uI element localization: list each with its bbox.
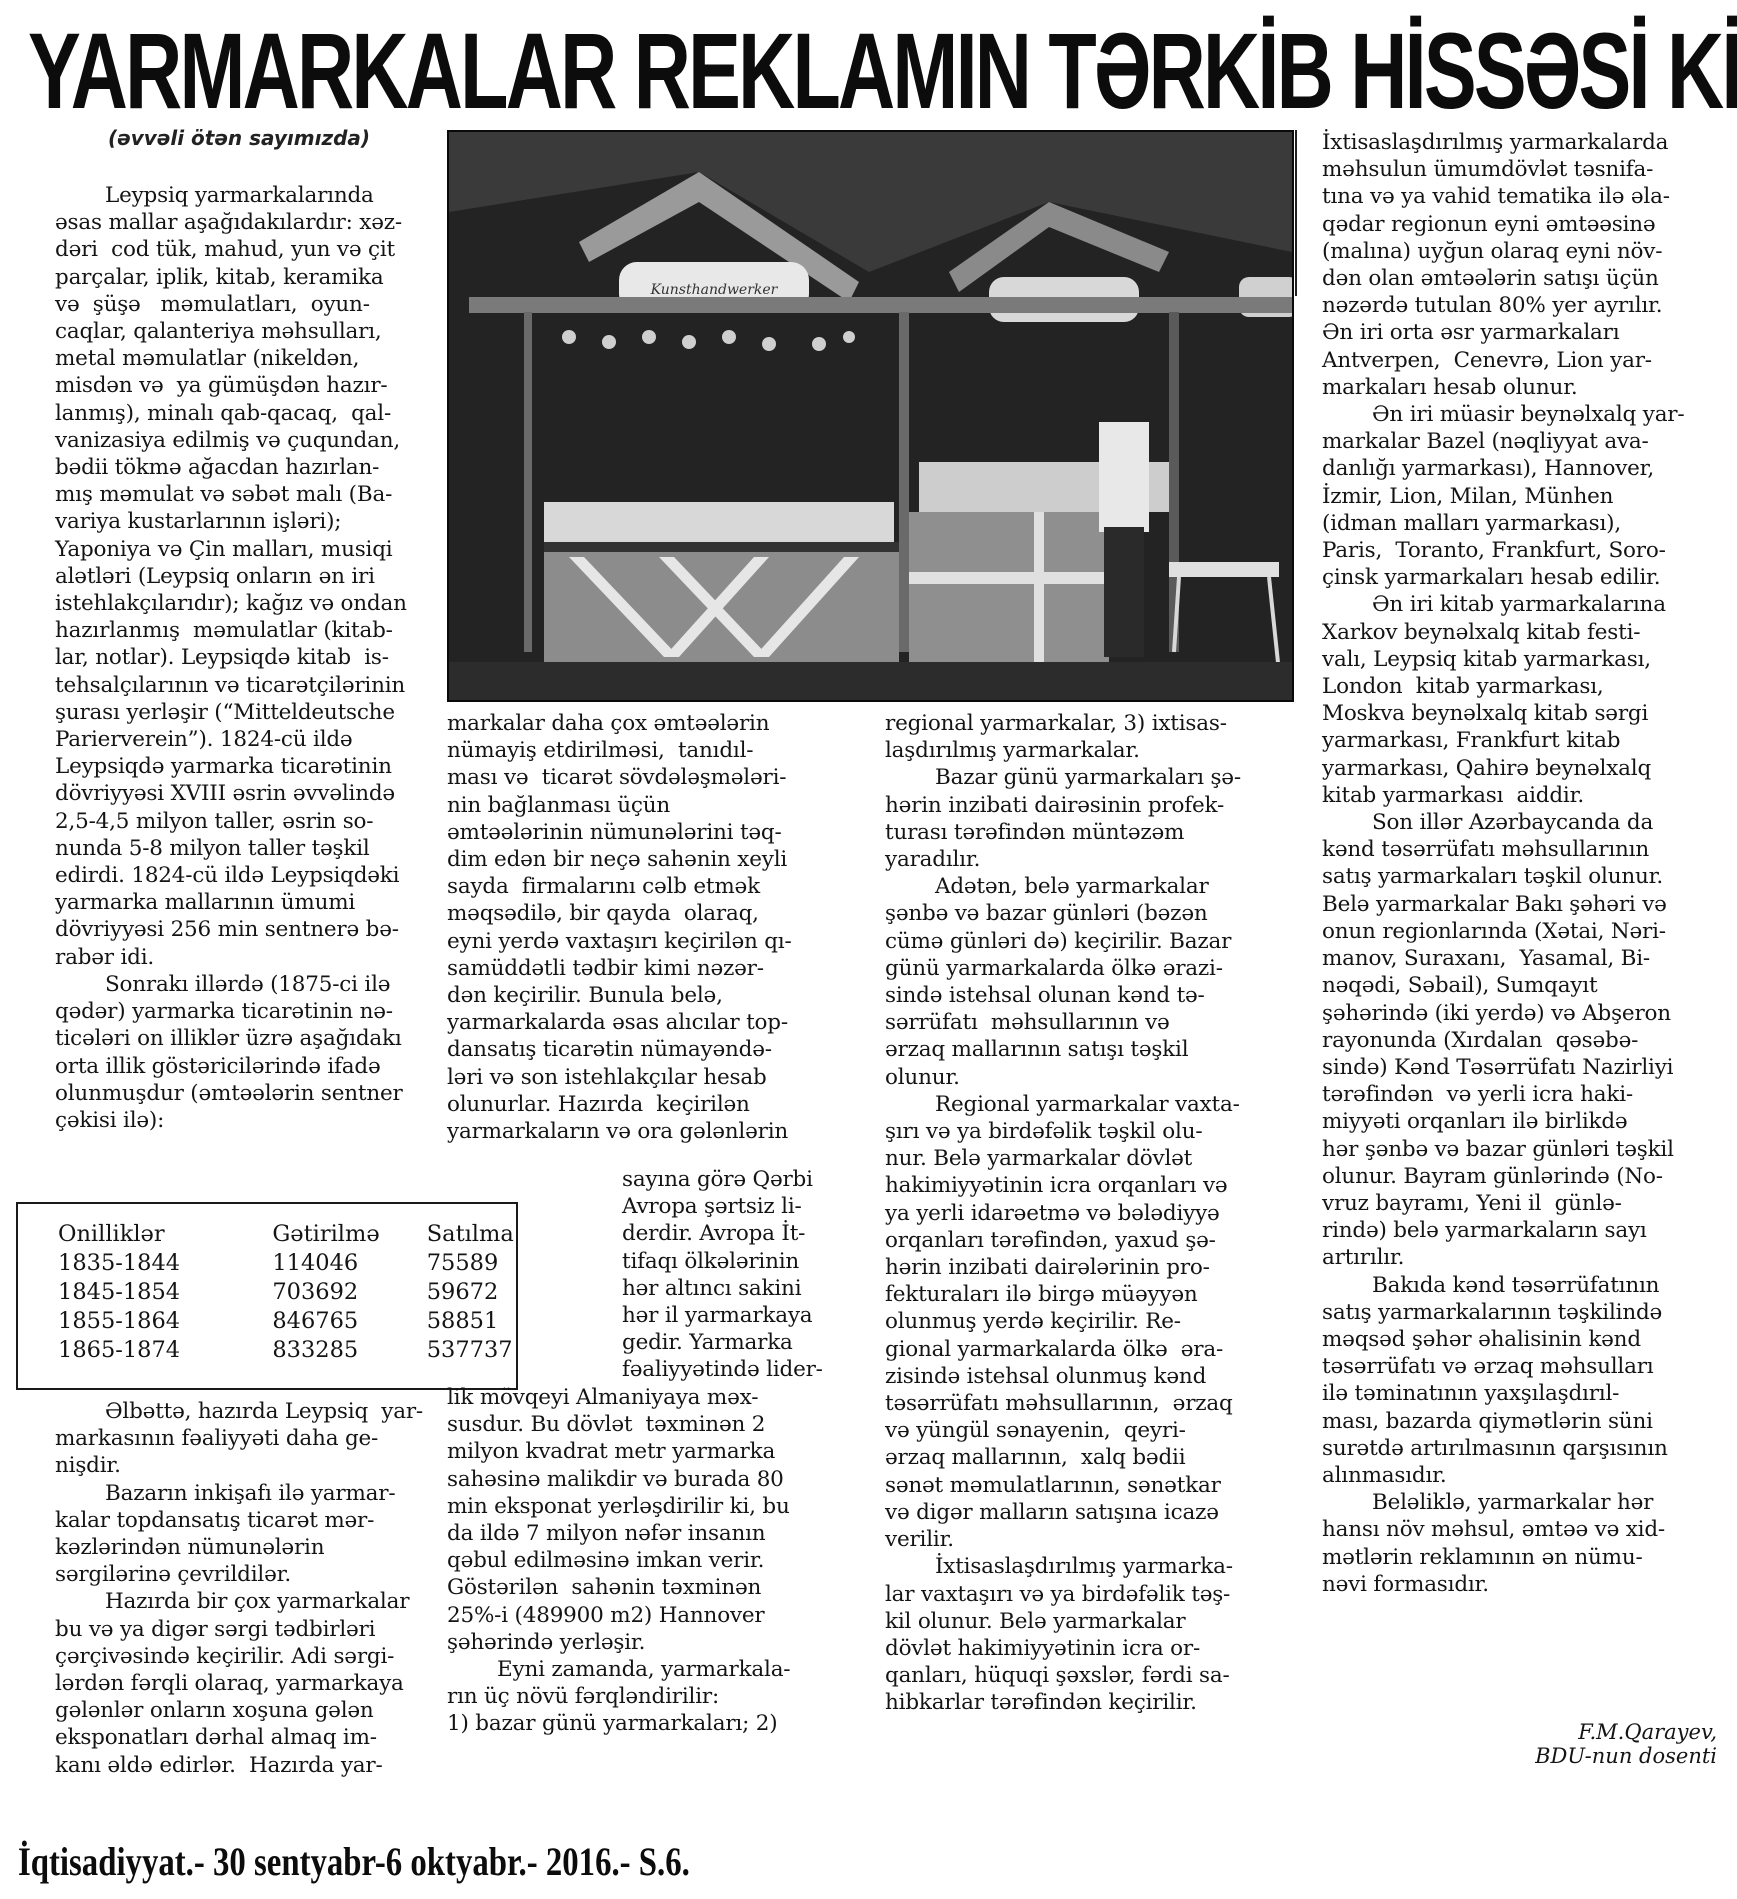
text-line: hər şənbə və bazar günləri təşkil bbox=[1322, 1137, 1674, 1162]
text-line: Regional yarmarkalar vaxta- bbox=[935, 1092, 1240, 1117]
text-line: yarmarkaların və ora gələnlərin bbox=[447, 1119, 788, 1144]
text-line: və şüşə məmulatları, oyun- bbox=[55, 292, 370, 317]
svg-text:Kunsthandwerker: Kunsthandwerker bbox=[650, 282, 779, 298]
paragraph: İxtisaslaşdırılmış yarmarka-lar vaxtaşır… bbox=[885, 1553, 1295, 1716]
text-line: şurası yerləşir (“Mitteldeutsche bbox=[55, 700, 395, 725]
text-line: miyyəti orqanları ilə birlikdə bbox=[1322, 1109, 1627, 1134]
text-line: Hazırda bir çox yarmarkalar bbox=[105, 1589, 409, 1614]
paragraph: Sonrakı illərdə (1875-ci iləqədər) yarma… bbox=[55, 971, 445, 1134]
text-line: Bakıda kənd təsərrüfatının bbox=[1372, 1273, 1659, 1298]
column-3: regional yarmarkalar, 3) ixtisas-laşdırı… bbox=[885, 710, 1295, 1717]
text-line: Eyni zamanda, yarmarkala- bbox=[497, 1657, 790, 1682]
text-line: Yaponiya və Çin malları, musiqi bbox=[55, 537, 392, 562]
text-line: nəvi formasıdır. bbox=[1322, 1572, 1489, 1597]
paragraph: Bazarın inkişafı ilə yarmar-kalar topdan… bbox=[55, 1480, 445, 1589]
paragraph: Eyni zamanda, yarmarkala-rın üç növü fər… bbox=[447, 1656, 867, 1738]
text-line: hərin inzibati dairələrinin pro- bbox=[885, 1255, 1210, 1280]
paragraph: Əlbəttə, hazırda Leypsiq yar-markasının … bbox=[55, 1398, 445, 1480]
text-line: İzmir, Lion, Milan, Münhen bbox=[1322, 484, 1613, 509]
text-line: markalar Bazel (nəqliyyat ava- bbox=[1322, 429, 1649, 454]
text-line: dövriyyəsi 256 min sentnerə bə- bbox=[55, 917, 399, 942]
paragraph: Hazırda bir çox yarmarkalarbu və ya digə… bbox=[55, 1588, 445, 1778]
text-line: tına və ya vahid tematika ilə əla- bbox=[1322, 184, 1670, 209]
text-line: yarmarka mallarının ümumi bbox=[55, 890, 355, 915]
text-line: sində istehsal olunan kənd tə- bbox=[885, 983, 1205, 1008]
text-line: fəaliyyətində lider- bbox=[622, 1357, 823, 1382]
paragraph: sayına görə QərbiAvropa şərtsiz li-derdi… bbox=[622, 1166, 872, 1384]
column-header: Satılma bbox=[427, 1220, 516, 1249]
text-line: nin bağlanması üçün bbox=[447, 793, 670, 818]
text-line: nişdir. bbox=[55, 1453, 121, 1478]
text-line: olunur. bbox=[885, 1065, 960, 1090]
text-line: alınmasıdır. bbox=[1322, 1463, 1447, 1488]
text-line: əsas mallar aşağıdakılardır: xəz- bbox=[55, 210, 402, 235]
text-line: bədii tökmə ağacdan hazırlan- bbox=[55, 455, 379, 480]
text-line: (idman malları yarmarkası), bbox=[1322, 511, 1621, 536]
text-line: hibkarlar tərəfindən keçirilir. bbox=[885, 1690, 1197, 1715]
text-line: dəri cod tük, mahud, yun və çit bbox=[55, 237, 395, 262]
text-line: Bazarın inkişafı ilə yarmar- bbox=[105, 1481, 395, 1506]
text-line: samüddətli tədbir kimi nəzər- bbox=[447, 956, 764, 981]
column-rule bbox=[1295, 130, 1297, 296]
text-line: Beləliklə, yarmarkalar hər bbox=[1372, 1490, 1653, 1515]
text-line: danlığı yarmarkası), Hannover, bbox=[1322, 456, 1654, 481]
text-line: Ən iri müasir beynəlxalq yar- bbox=[1372, 402, 1684, 427]
text-line: valı, Leypsiq kitab yarmarkası, bbox=[1322, 647, 1651, 672]
text-line: gedir. Yarmarka bbox=[622, 1330, 793, 1355]
text-line: və digər malların satışına icazə bbox=[885, 1500, 1219, 1525]
table-cell: 1855-1864 bbox=[58, 1307, 272, 1336]
paragraph: markalar daha çox əmtəələrinnümayiş etdi… bbox=[447, 710, 867, 1145]
text-line: olunur. Bayram günlərində (No- bbox=[1322, 1164, 1663, 1189]
text-line: Leypsiqdə yarmarka ticarətinin bbox=[55, 754, 392, 779]
text-line: ərzaq mallarının satışı təşkil bbox=[885, 1037, 1188, 1062]
text-line: variya kustarlarının işləri); bbox=[55, 509, 341, 534]
text-line: ya yerli idarəetmə və bələdiyyə bbox=[885, 1201, 1220, 1226]
column-1: Leypsiq yarmarkalarındaəsas mallar aşağı… bbox=[55, 182, 445, 1134]
paragraph: regional yarmarkalar, 3) ixtisas-laşdırı… bbox=[885, 710, 1295, 764]
column-4: İxtisaslaşdırılmış yarmarkalardaməhsulun… bbox=[1322, 129, 1737, 1598]
text-line: cümə günləri də) keçirilir. Bazar bbox=[885, 929, 1231, 954]
text-line: hazırlanmış məmulatlar (kitab- bbox=[55, 618, 393, 643]
text-line: hərin inzibati dairəsinin profek- bbox=[885, 793, 1224, 818]
market-stall-photo: Kunsthandwerker bbox=[447, 130, 1294, 702]
text-line: turası tərəfindən müntəzəm bbox=[885, 820, 1184, 845]
text-line: və yüngül sənayenin, qeyri- bbox=[885, 1418, 1186, 1443]
table-cell: 1865-1874 bbox=[58, 1336, 272, 1365]
text-line: məhsulun ümumdövlət təsnifa- bbox=[1322, 157, 1653, 182]
text-line: markaları hesab olunur. bbox=[1322, 375, 1578, 400]
author-signature: F.M.Qarayev, BDU-nun dosenti bbox=[1535, 1720, 1717, 1768]
text-line: Xarkov beynəlxalq kitab festi- bbox=[1322, 620, 1640, 645]
text-line: qanları, hüquqi şəxslər, fərdi sa- bbox=[885, 1663, 1230, 1688]
text-line: ilə təminatının yaxşılaşdırıl- bbox=[1322, 1381, 1619, 1406]
text-line: markalar daha çox əmtəələrin bbox=[447, 711, 769, 736]
text-line: təsərrüfatı və ərzaq məhsulları bbox=[1322, 1354, 1653, 1379]
table-cell: 58851 bbox=[427, 1307, 516, 1336]
text-line: tehsalçılarının və ticarətçilərinin bbox=[55, 673, 405, 698]
text-line: hər il yarmarkaya bbox=[622, 1303, 812, 1328]
paragraph: Son illər Azərbaycanda dakənd təsərrüfat… bbox=[1322, 809, 1737, 1271]
text-line: Moskva beynəlxalq kitab sərgi bbox=[1322, 701, 1648, 726]
text-line: kənd təsərrüfatı məhsullarının bbox=[1322, 837, 1649, 862]
table-row: 1865-1874833285537737 bbox=[58, 1336, 516, 1365]
table-cell: 537737 bbox=[427, 1336, 516, 1365]
text-line: ticələri on illiklər üzrə aşağıdakı bbox=[55, 1026, 402, 1051]
text-line: Paris, Toranto, Frankfurt, Soro- bbox=[1322, 538, 1666, 563]
text-line: artırılır. bbox=[1322, 1245, 1404, 1270]
text-line: alətləri (Leypsiq onların ən iri bbox=[55, 564, 375, 589]
text-line: 25%-i (489900 m2) Hannover bbox=[447, 1603, 765, 1628]
text-line: rində) belə yarmarkaların sayı bbox=[1322, 1218, 1647, 1243]
text-line: ması və ticarət sövdələşmələri- bbox=[447, 765, 786, 790]
text-line: onun regionlarında (Xətai, Nəri- bbox=[1322, 919, 1666, 944]
column-2-lower: lik mövqeyi Almaniyaya məx-susdur. Bu dö… bbox=[447, 1384, 867, 1738]
text-line: Adətən, belə yarmarkalar bbox=[935, 874, 1209, 899]
photo-image: Kunsthandwerker bbox=[449, 132, 1292, 700]
text-line: Əlbəttə, hazırda Leypsiq yar- bbox=[105, 1399, 423, 1424]
text-line: çəkisi ilə): bbox=[55, 1108, 164, 1133]
text-line: məqsəd şəhər əhalisinin kənd bbox=[1322, 1327, 1641, 1352]
text-line: rın üç növü fərqləndirilir: bbox=[447, 1684, 719, 1709]
text-line: kitab yarmarkası aiddir. bbox=[1322, 783, 1584, 808]
text-line: lərdən fərqli olaraq, yarmarkaya bbox=[55, 1671, 404, 1696]
continuation-note: (əvvəli ötən sayımızda) bbox=[108, 126, 370, 150]
text-line: lik mövqeyi Almaniyaya məx- bbox=[447, 1385, 758, 1410]
column-2: markalar daha çox əmtəələrinnümayiş etdi… bbox=[447, 710, 867, 1145]
text-line: olunurlar. Hazırda keçirilən bbox=[447, 1092, 750, 1117]
text-line: parçalar, iplik, kitab, keramika bbox=[55, 265, 383, 290]
paragraph: lik mövqeyi Almaniyaya məx-susdur. Bu dö… bbox=[447, 1384, 867, 1656]
text-line: dən olan əmtəələrin satışı üçün bbox=[1322, 266, 1659, 291]
text-line: dən keçirilir. Bunula belə, bbox=[447, 983, 723, 1008]
text-line: nur. Belə yarmarkalar dövlət bbox=[885, 1146, 1192, 1171]
text-line: istehlakçılarıdır); kağız və ondan bbox=[55, 591, 407, 616]
text-line: gional yarmarkalarda ölkə əra- bbox=[885, 1337, 1223, 1362]
text-line: satış yarmarkalarının təşkilində bbox=[1322, 1300, 1662, 1325]
text-line: tərəfindən və yerli icra haki- bbox=[1322, 1082, 1633, 1107]
source-citation: İqtisadiyyat.- 30 sentyabr-6 oktyabr.- 2… bbox=[18, 1838, 690, 1885]
table-cell: 833285 bbox=[272, 1336, 426, 1365]
text-line: 1) bazar günü yarmarkaları; 2) bbox=[447, 1711, 777, 1736]
text-line: edirdi. 1824-cü ildə Leypsiqdəki bbox=[55, 863, 399, 888]
text-line: mış məmulat və səbət malı (Ba- bbox=[55, 482, 392, 507]
text-line: Ən iri orta əsr yarmarkaları bbox=[1322, 320, 1619, 345]
text-line: çərçivəsində keçirilir. Adi sərgi- bbox=[55, 1644, 394, 1669]
text-line: bu və ya digər sərgi tədbirləri bbox=[55, 1617, 375, 1642]
text-line: sahəsinə malikdir və burada 80 bbox=[447, 1467, 784, 1492]
text-line: əmtəələrinin nümunələrini təq- bbox=[447, 820, 782, 845]
text-line: sində) Kənd Təsərrüfatı Nazirliyi bbox=[1322, 1055, 1673, 1080]
text-line: nəzərdə tutulan 80% yer ayrılır. bbox=[1322, 293, 1662, 318]
text-line: satış yarmarkaları təşkil olunur. bbox=[1322, 864, 1663, 889]
text-line: da ildə 7 milyon nəfər insanın bbox=[447, 1521, 765, 1546]
text-line: ləri və son istehlakçılar hesab bbox=[447, 1065, 767, 1090]
text-line: qədər) yarmarka ticarətinin nə- bbox=[55, 999, 393, 1024]
text-line: lar, notlar). Leypsiqdə kitab is- bbox=[55, 645, 389, 670]
table-row: 1845-185470369259672 bbox=[58, 1278, 516, 1307]
text-line: hər altıncı sakini bbox=[622, 1276, 801, 1301]
table-cell: 703692 bbox=[272, 1278, 426, 1307]
text-line: sayına görə Qərbi bbox=[622, 1167, 813, 1192]
text-line: dim edən bir neçə sahənin xeyli bbox=[447, 847, 787, 872]
table-cell: 75589 bbox=[427, 1249, 516, 1278]
text-line: Avropa şərtsiz li- bbox=[622, 1194, 802, 1219]
text-line: laşdırılmış yarmarkalar. bbox=[885, 738, 1140, 763]
text-line: dansatış ticarətin nümayəndə- bbox=[447, 1037, 772, 1062]
table-cell: 59672 bbox=[427, 1278, 516, 1307]
table-cell: 1845-1854 bbox=[58, 1278, 272, 1307]
text-line: misdən və ya gümüşdən hazır- bbox=[55, 373, 387, 398]
text-line: yarmarkası, Qahirə beynəlxalq bbox=[1322, 756, 1651, 781]
text-line: dövlət hakimiyyətinin icra or- bbox=[885, 1636, 1200, 1661]
text-line: rayonunda (Xırdalan qəsəbə- bbox=[1322, 1028, 1638, 1053]
text-line: yaradılır. bbox=[885, 847, 980, 872]
headline: YARMARKALAR REKLAMIN TƏRKİB HİSSƏSİ KİMİ bbox=[28, 14, 1583, 129]
text-line: kil olunur. Belə yarmarkalar bbox=[885, 1609, 1185, 1634]
text-line: mətlərin reklamının ən nümu- bbox=[1322, 1545, 1643, 1570]
text-line: Parierverein”). 1824-cü ildə bbox=[55, 727, 352, 752]
text-line: metal məmulatlar (nikeldən, bbox=[55, 346, 359, 371]
text-line: şırı və ya birdəfəlik təşkil olu- bbox=[885, 1119, 1202, 1144]
text-line: Son illər Azərbaycanda da bbox=[1372, 810, 1653, 835]
text-line: çinsk yarmarkaları hesab edilir. bbox=[1322, 565, 1660, 590]
trade-table: OnilliklərGətirilməSatılma1835-184411404… bbox=[16, 1202, 518, 1390]
text-line: dövriyyəsi XVIII əsrin əvvəlində bbox=[55, 781, 395, 806]
text-line: sayda firmalarını cəlb etmək bbox=[447, 874, 760, 899]
column-1-lower: Əlbəttə, hazırda Leypsiq yar-markasının … bbox=[55, 1398, 445, 1779]
paragraph: İxtisaslaşdırılmış yarmarkalardaməhsulun… bbox=[1322, 129, 1737, 401]
table-row: 1855-186484676558851 bbox=[58, 1307, 516, 1336]
text-line: vruz bayramı, Yeni il günlə- bbox=[1322, 1191, 1622, 1216]
text-line: ması, bazarda qiymətlərin süni bbox=[1322, 1409, 1653, 1434]
text-line: hakimiyyətinin icra orqanları və bbox=[885, 1173, 1227, 1198]
text-line: İxtisaslaşdırılmış yarmarka- bbox=[935, 1554, 1233, 1579]
text-line: yarmarkası, Frankfurt kitab bbox=[1322, 728, 1620, 753]
text-line: günü yarmarkalarda ölkə ərazi- bbox=[885, 956, 1223, 981]
paragraph: Beləliklə, yarmarkalar hərhansı növ məhs… bbox=[1322, 1489, 1737, 1598]
text-line: qəbul edilməsinə imkan verir. bbox=[447, 1548, 764, 1573]
text-line: kəzlərindən nümunələrin bbox=[55, 1535, 324, 1560]
text-line: Göstərilən sahənin təxminən bbox=[447, 1575, 761, 1600]
text-line: markasının fəaliyyəti daha ge- bbox=[55, 1426, 378, 1451]
paragraph: Bazar günü yarmarkaları şə-hərin inzibat… bbox=[885, 764, 1295, 873]
text-line: kanı əldə edirlər. Hazırda yar- bbox=[55, 1753, 383, 1778]
paragraph: Bakıda kənd təsərrüfatınınsatış yarmarka… bbox=[1322, 1272, 1737, 1490]
text-line: sərgilərinə çevrildilər. bbox=[55, 1562, 291, 1587]
text-line: olunmuş yerdə keçirilir. Re- bbox=[885, 1309, 1181, 1334]
text-line: olunmuşdur (əmtəələrin sentner bbox=[55, 1081, 403, 1106]
table-row: 1835-184411404675589 bbox=[58, 1249, 516, 1278]
text-line: hansı növ məhsul, əmtəə və xid- bbox=[1322, 1517, 1665, 1542]
text-line: nəqədi, Səbail), Sumqayıt bbox=[1322, 973, 1597, 998]
text-line: Sonrakı illərdə (1875-ci ilə bbox=[105, 972, 390, 997]
text-line: milyon kvadrat metr yarmarka bbox=[447, 1439, 775, 1464]
text-line: İxtisaslaşdırılmış yarmarkalarda bbox=[1322, 130, 1668, 155]
text-line: fekturaları ilə birgə müəyyən bbox=[885, 1282, 1198, 1307]
text-line: orta illik göstəricilərində ifadə bbox=[55, 1054, 381, 1079]
text-line: yarmarkalarda əsas alıcılar top- bbox=[447, 1010, 788, 1035]
table-cell: 1835-1844 bbox=[58, 1249, 272, 1278]
text-line: rabər idi. bbox=[55, 945, 154, 970]
text-line: vanizasiya edilmiş və çuqundan, bbox=[55, 428, 400, 453]
text-line: lar vaxtaşırı və ya birdəfəlik təş- bbox=[885, 1582, 1230, 1607]
paragraph: Ən iri kitab yarmarkalarınaXarkov beynəl… bbox=[1322, 591, 1737, 809]
text-line: orqanları tərəfindən, yaxud şə- bbox=[885, 1228, 1216, 1253]
text-line: şəhərində (iki yerdə) və Abşeron bbox=[1322, 1001, 1671, 1026]
text-line: kalar topdansatış ticarət mər- bbox=[55, 1508, 374, 1533]
text-line: London kitab yarmarkası, bbox=[1322, 674, 1604, 699]
text-line: verilir. bbox=[885, 1527, 954, 1552]
text-line: 2,5-4,5 milyon taller, əsrin so- bbox=[55, 809, 373, 834]
text-line: Bazar günü yarmarkaları şə- bbox=[935, 765, 1241, 790]
column-2-wrap: sayına görə QərbiAvropa şərtsiz li-derdi… bbox=[622, 1166, 872, 1384]
text-line: eyni yerdə vaxtaşırı keçirilən qı- bbox=[447, 929, 792, 954]
column-header: Onilliklər bbox=[58, 1220, 272, 1249]
table-cell: 846765 bbox=[272, 1307, 426, 1336]
text-line: Leypsiq yarmarkalarında bbox=[105, 183, 374, 208]
text-line: nümayiş etdirilməsi, tanıdıl- bbox=[447, 738, 753, 763]
text-line: eksponatları dərhal almaq im- bbox=[55, 1725, 377, 1750]
text-line: (malına) uyğun olaraq eyni növ- bbox=[1322, 239, 1662, 264]
text-line: nunda 5-8 milyon taller təşkil bbox=[55, 836, 370, 861]
author-name: F.M.Qarayev, bbox=[1535, 1720, 1717, 1744]
text-line: Ən iri kitab yarmarkalarına bbox=[1372, 592, 1666, 617]
text-line: şənbə və bazar günləri (bəzən bbox=[885, 901, 1208, 926]
paragraph: Ən iri müasir beynəlxalq yar-markalar Ba… bbox=[1322, 401, 1737, 591]
paragraph: Adətən, belə yarmarkalarşənbə və bazar g… bbox=[885, 873, 1295, 1091]
text-line: Belə yarmarkalar Bakı şəhəri və bbox=[1322, 892, 1667, 917]
text-line: tifaqı ölkələrinin bbox=[622, 1249, 799, 1274]
text-line: susdur. Bu dövlət təxminən 2 bbox=[447, 1412, 765, 1437]
table-cell: 114046 bbox=[272, 1249, 426, 1278]
text-line: ərzaq mallarının, xalq bədii bbox=[885, 1445, 1185, 1470]
column-header: Gətirilmə bbox=[272, 1220, 426, 1249]
text-line: derdir. Avropa İt- bbox=[622, 1221, 805, 1246]
paragraph: Leypsiq yarmarkalarındaəsas mallar aşağı… bbox=[55, 182, 445, 971]
table-header-row: OnilliklərGətirilməSatılma bbox=[58, 1220, 516, 1249]
text-line: məqsədilə, bir qayda olaraq, bbox=[447, 901, 759, 926]
text-line: Antverpen, Cenevrə, Lion yar- bbox=[1322, 348, 1652, 373]
text-line: surətdə artırılmasının qarşısının bbox=[1322, 1436, 1668, 1461]
text-line: sənət məmulatlarının, sənətkar bbox=[885, 1473, 1221, 1498]
text-line: zisində istehsal olunmuş kənd bbox=[885, 1364, 1206, 1389]
text-line: gələnlər onların xoşuna gələn bbox=[55, 1698, 374, 1723]
data-table: OnilliklərGətirilməSatılma1835-184411404… bbox=[58, 1220, 516, 1365]
paragraph: Regional yarmarkalar vaxta-şırı və ya bi… bbox=[885, 1091, 1295, 1553]
text-line: regional yarmarkalar, 3) ixtisas- bbox=[885, 711, 1227, 736]
author-title: BDU-nun dosenti bbox=[1535, 1744, 1717, 1768]
text-line: şəhərində yerləşir. bbox=[447, 1630, 645, 1655]
text-line: təsərrüfatı məhsullarının, ərzaq bbox=[885, 1391, 1233, 1416]
text-line: caqlar, qalanteriya məhsulları, bbox=[55, 319, 382, 344]
text-line: lanmış), minalı qab-qacaq, qal- bbox=[55, 401, 391, 426]
text-line: qədar regionun eyni əmtəəsinə bbox=[1322, 212, 1655, 237]
text-line: min eksponat yerləşdirilir ki, bu bbox=[447, 1494, 790, 1519]
text-line: manov, Suraxanı, Yasamal, Bi- bbox=[1322, 946, 1650, 971]
text-line: sərrüfatı məhsullarının və bbox=[885, 1010, 1170, 1035]
